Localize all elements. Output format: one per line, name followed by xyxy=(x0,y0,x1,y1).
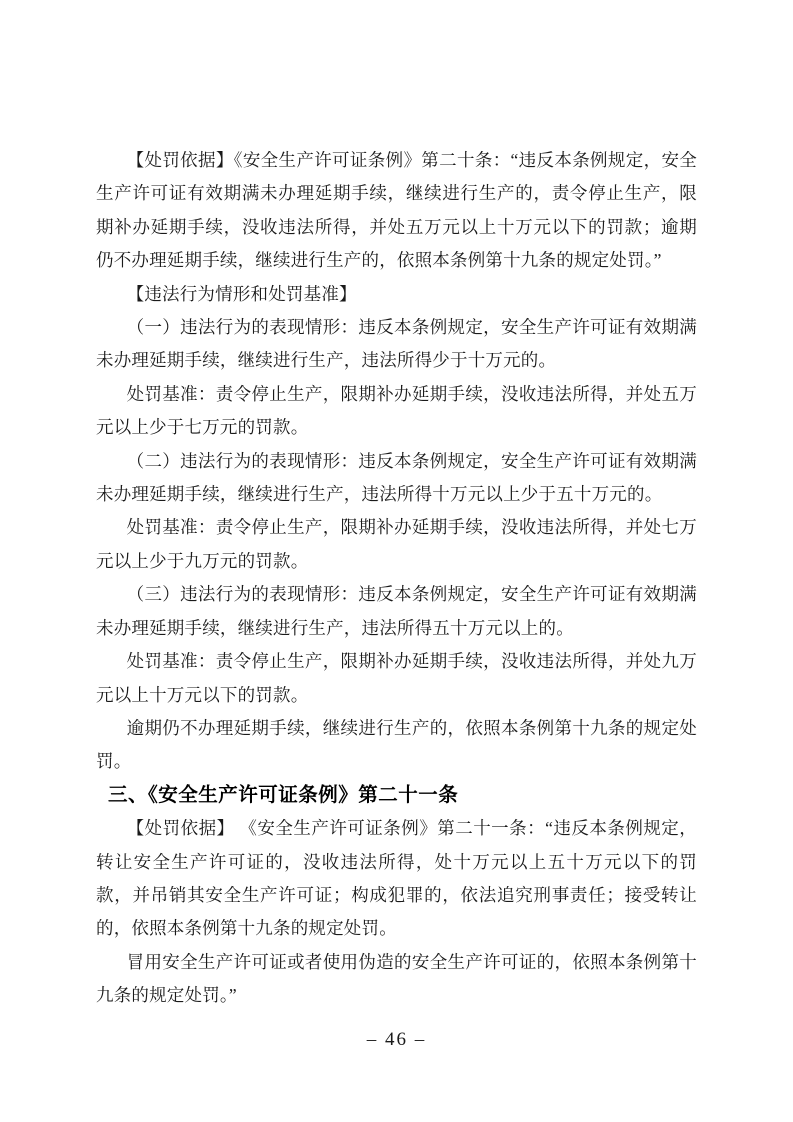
page-footer: – 46 – xyxy=(0,1026,793,1054)
paragraph-case-1-penalty-standard: 处罚基准：责令停止生产，限期补办延期手续，没收违法所得，并处五万元以上少于七万元… xyxy=(96,378,697,445)
paragraph-violation-criteria-header: 【违法行为情形和处罚基准】 xyxy=(96,278,697,311)
page-number: – 46 – xyxy=(367,1029,427,1050)
paragraph-case-3-situation: （三）违法行为的表现情形：违反本条例规定，安全生产许可证有效期满未办理延期手续，… xyxy=(96,578,697,645)
paragraph-fraudulent-use-clause: 冒用安全生产许可证或者使用伪造的安全生产许可证的，依照本条例第十九条的规定处罚。… xyxy=(96,946,697,1013)
paragraph-case-1-situation: （一）违法行为的表现情形：违反本条例规定，安全生产许可证有效期满未办理延期手续，… xyxy=(96,311,697,378)
paragraph-case-2-situation: （二）违法行为的表现情形：违反本条例规定，安全生产许可证有效期满未办理延期手续，… xyxy=(96,445,697,512)
paragraph-case-3-penalty-standard: 处罚基准：责令停止生产，限期补办延期手续，没收违法所得，并处九万元以上十万元以下… xyxy=(96,645,697,712)
paragraph-case-2-penalty-standard: 处罚基准：责令停止生产，限期补办延期手续，没收违法所得，并处七万元以上少于九万元… xyxy=(96,511,697,578)
paragraph-penalty-basis-article-21: 【处罚依据】 《安全生产许可证条例》第二十一条：“违反本条例规定，转让安全生产许… xyxy=(96,812,697,946)
section-heading-article-21: 三、《安全生产许可证条例》第二十一条 xyxy=(96,779,697,812)
paragraph-overdue-clause: 逾期仍不办理延期手续，继续进行生产的，依照本条例第十九条的规定处罚。 xyxy=(96,712,697,779)
document-page: 【处罚依据】《安全生产许可证条例》第二十条：“违反本条例规定，安全生产许可证有效… xyxy=(0,0,793,1122)
paragraph-penalty-basis-article-20: 【处罚依据】《安全生产许可证条例》第二十条：“违反本条例规定，安全生产许可证有效… xyxy=(96,144,697,278)
document-body: 【处罚依据】《安全生产许可证条例》第二十条：“违反本条例规定，安全生产许可证有效… xyxy=(96,144,697,1013)
